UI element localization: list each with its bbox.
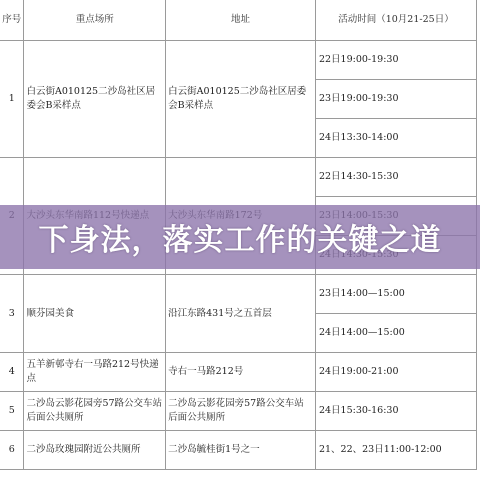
row-place: 五羊新邨寺右一马路212号快递点: [24, 353, 166, 392]
row-time: 23日19:00-19:30: [315, 80, 476, 119]
row-address: 二沙岛毓桂街1号之一: [166, 431, 316, 470]
row-time: 21、22、23日11:00-12:00: [315, 431, 476, 470]
row-time: 23日14:00—15:00: [315, 275, 476, 314]
table-row: 5 二沙岛云影花园旁57路公交车站后面公共厕所 二沙岛云影花园旁57路公交车站后…: [0, 392, 477, 431]
header-index: 序号: [0, 0, 24, 41]
banner-title: 下身法，落实工作的关键之道: [39, 215, 442, 259]
row-index: 4: [0, 353, 24, 392]
row-time: 24日15:30-16:30: [315, 392, 476, 431]
row-time: 22日14:30-15:30: [315, 158, 476, 197]
row-index: 5: [0, 392, 24, 431]
row-index: 1: [0, 41, 24, 158]
row-address: 二沙岛云影花园旁57路公交车站后面公共厕所: [166, 392, 316, 431]
header-address: 地址: [166, 0, 316, 41]
table-row: 2 大沙头东华南路112号快递点 大沙头东华南路172号 22日14:30-15…: [0, 158, 477, 197]
row-index: 3: [0, 275, 24, 353]
table-row: 3 顺芬园美食 沿江东路431号之五首层 23日14:00—15:00: [0, 275, 477, 314]
row-time: 24日19:00-21:00: [315, 353, 476, 392]
row-place: 顺芬园美食: [24, 275, 166, 353]
row-time: 24日13:30-14:00: [315, 119, 476, 158]
row-place: 白云街A010125二沙岛社区居委会B采样点: [24, 41, 166, 158]
table-row: 6 二沙岛玫瑰园附近公共厕所 二沙岛毓桂街1号之一 21、22、23日11:00…: [0, 431, 477, 470]
header-place: 重点场所: [24, 0, 166, 41]
row-time: 22日19:00-19:30: [315, 41, 476, 80]
row-address: 白云街A010125二沙岛社区居委会B采样点: [166, 41, 316, 158]
table-row: 4 五羊新邨寺右一马路212号快递点 寺右一马路212号 24日19:00-21…: [0, 353, 477, 392]
row-address: 沿江东路431号之五首层: [166, 275, 316, 353]
row-index: 6: [0, 431, 24, 470]
table-header-row: 序号 重点场所 地址 活动时间（10月21-25日）: [0, 0, 477, 41]
row-time: 24日14:00—15:00: [315, 314, 476, 353]
header-time: 活动时间（10月21-25日）: [315, 0, 476, 41]
row-place: 二沙岛玫瑰园附近公共厕所: [24, 431, 166, 470]
title-banner: 下身法，落实工作的关键之道: [0, 205, 480, 269]
row-place: 二沙岛云影花园旁57路公交车站后面公共厕所: [24, 392, 166, 431]
row-address: 寺右一马路212号: [166, 353, 316, 392]
table-row: 1 白云街A010125二沙岛社区居委会B采样点 白云街A010125二沙岛社区…: [0, 41, 477, 80]
